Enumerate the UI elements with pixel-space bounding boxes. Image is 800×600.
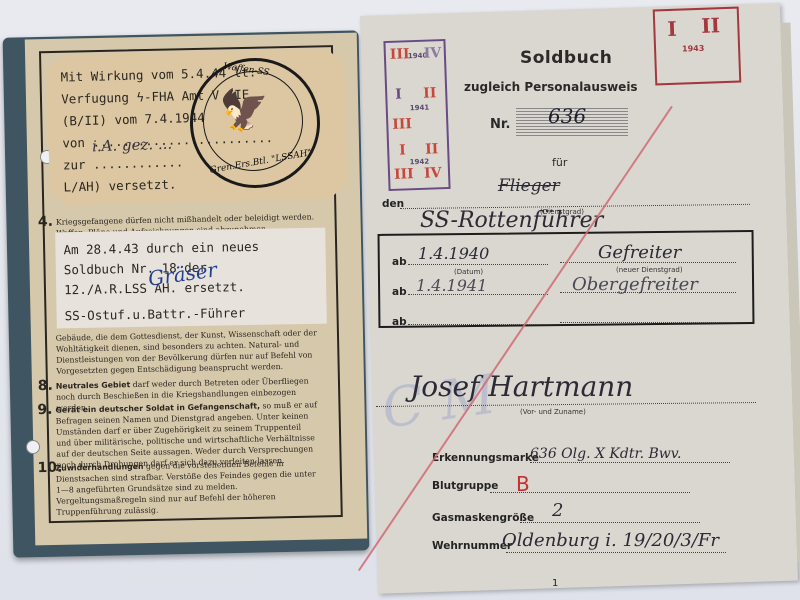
eagle-icon: 🦅 — [219, 87, 269, 134]
struck-rank: Flieger — [498, 176, 560, 196]
id-tag-line — [530, 462, 730, 463]
blood-group-value: B — [516, 472, 530, 496]
date-caption: (Datum) — [454, 268, 483, 276]
full-name-value: Josef Hartmann — [410, 370, 633, 403]
document-title: Soldbuch — [520, 48, 612, 68]
gas-mask-size-label: Gasmaskengröße — [432, 512, 534, 524]
quarter-stamp-1940-1942: III 1940 IV I II 1941 III I II 1942 III … — [383, 39, 450, 191]
page-number: 1 — [552, 578, 558, 589]
name-caption: (Vor- und Zuname) — [520, 408, 586, 416]
gas-mask-line — [520, 522, 700, 523]
label-line: Am 28.4.43 durch ein neues — [63, 239, 259, 257]
for-label: für — [552, 156, 567, 169]
gas-mask-size-value: 2 — [552, 500, 563, 521]
military-number-value: Oldenburg i. 19/20/3/Fr — [502, 530, 719, 551]
military-number-label: Wehrnummer — [432, 540, 512, 552]
new-rank-line — [560, 322, 736, 323]
military-number-line — [506, 552, 726, 553]
number-value: 636 — [548, 104, 586, 128]
new-rank-caption: (neuer Dienstgrad) — [616, 266, 683, 274]
promotion-rank: Gefreiter — [598, 242, 681, 263]
promotion-label: ab — [392, 286, 407, 298]
rule-continued: Gebäude, die dem Gottesdienst, der Kunst… — [56, 327, 319, 376]
label-line: L/AH) versetzt. — [63, 177, 176, 195]
promotion-label: ab — [392, 256, 407, 268]
date-line — [408, 264, 548, 265]
label-line: SS-Ostuf.u.Battr.-Führer — [65, 305, 246, 323]
rule-10: 10. Zuwiderhandlungen gegen die vorstehe… — [55, 457, 318, 517]
id-tag-value: 636 Olg. X Kdtr. Bwv. — [530, 446, 681, 462]
punch-hole — [26, 440, 40, 454]
promotion-label: ab — [392, 316, 407, 328]
label-line: zur ............ — [63, 154, 184, 172]
number-label: Nr. — [490, 117, 510, 132]
id-tag-label: Erkennungsmarke — [432, 452, 539, 464]
label-line: (B/II) vom 7.4.1944 — [62, 110, 205, 129]
blood-group-label: Blutgruppe — [432, 480, 498, 492]
document-subtitle: zugleich Personalausweis — [464, 80, 638, 94]
rank-value: SS-Rottenführer — [420, 208, 603, 233]
date-line — [408, 324, 548, 325]
promotion-date: 1.4.1940 — [418, 244, 489, 263]
quarter-stamp-1943: I II 1943 — [653, 7, 742, 86]
promotion-date: 1.4.1941 — [416, 276, 487, 295]
transfer-signature: i.A. gez. ... — [92, 135, 173, 156]
promotion-rank: Obergefreiter — [572, 274, 698, 295]
unit-stamp: Waffen-SS 🦅 Gren.Ers.Btl. "LSSAH" — [190, 58, 320, 188]
